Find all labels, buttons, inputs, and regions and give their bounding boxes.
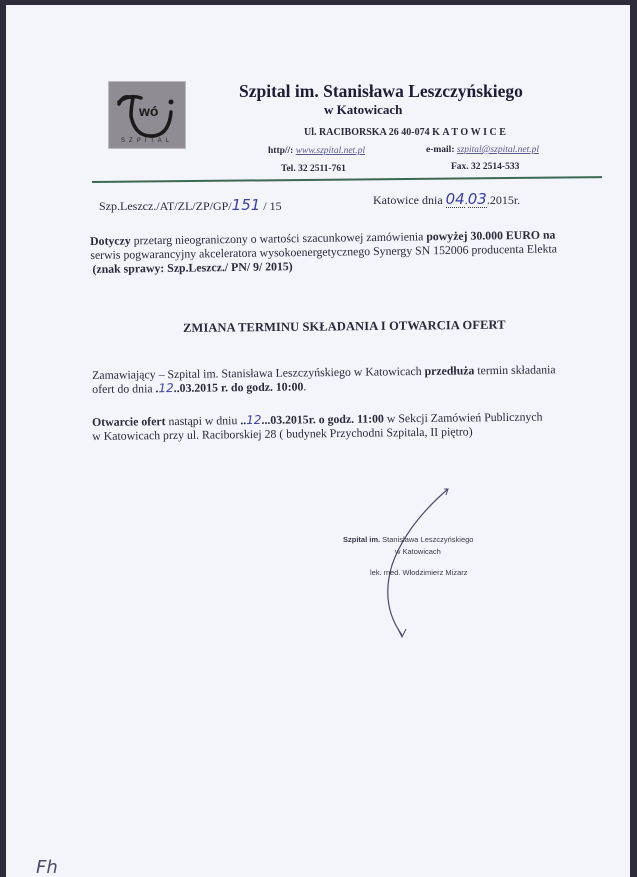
extension-handwritten-day: 12 bbox=[158, 381, 173, 395]
stamp-line2: w Katowicach bbox=[395, 547, 441, 556]
website-line: http//: www.szpital.net.pl bbox=[268, 146, 365, 156]
reference-number: Szp.Leszcz./AT/ZL/ZP/GP/151 / 15 bbox=[99, 196, 282, 214]
extension-keyword: przedłuża bbox=[424, 363, 474, 378]
document-page: wó SZPITAL Szpital im. Stanisława Leszcz… bbox=[6, 5, 630, 877]
http-label: http//: bbox=[268, 146, 293, 156]
extension-line2: ofert do dnia bbox=[92, 381, 155, 396]
stamp-line1: Szpital im. Stanisława Leszczyńskiego bbox=[343, 535, 473, 544]
reference-prefix: Szp.Leszcz./AT/ZL/ZP/GP/ bbox=[99, 199, 232, 213]
phone-number: Tel. 32 2511-761 bbox=[281, 164, 346, 174]
logo-caption: SZPITAL bbox=[109, 138, 185, 144]
hospital-logo: wó SZPITAL bbox=[108, 81, 186, 149]
date-year: 2015r. bbox=[490, 193, 520, 207]
extension-deadline: ..03.2015 r. do godz. 10:00 bbox=[174, 379, 304, 395]
opening-lead: Otwarcie ofert bbox=[92, 414, 166, 429]
reference-suffix: / 15 bbox=[263, 199, 281, 213]
email-label: e-mail: bbox=[426, 145, 455, 155]
date-month-handwritten: 03 bbox=[468, 190, 487, 208]
fax-number: Fax. 32 2514-533 bbox=[451, 162, 519, 172]
stamp-signatory: lek. med. Włodzimierz Mizarz bbox=[370, 568, 468, 577]
hospital-city: w Katowicach bbox=[324, 102, 402, 118]
subject-lead: Dotyczy bbox=[90, 233, 131, 248]
handwritten-initials: Fh bbox=[36, 857, 58, 877]
opening-paragraph: Otwarcie ofert nastąpi w dniu ..12...03.… bbox=[92, 409, 543, 443]
date-day-handwritten: 04 bbox=[446, 190, 465, 208]
date-prefix: Katowice dnia bbox=[373, 193, 443, 207]
stamp-hospital-name: Stanisława Leszczyńskiego bbox=[380, 535, 473, 544]
email-link[interactable]: szpital@szpital.net.pl bbox=[457, 145, 539, 155]
opening-handwritten-day: 12 bbox=[246, 413, 261, 427]
svg-text:wó: wó bbox=[138, 103, 158, 119]
document-title: ZMIANA TERMINU SKŁADANIA I OTWARCIA OFER… bbox=[183, 318, 506, 336]
address-city: KATOWICE bbox=[432, 127, 508, 138]
email-line: e-mail: szpital@szpital.net.pl bbox=[426, 145, 539, 155]
website-link[interactable]: www.szpital.net.pl bbox=[296, 146, 365, 156]
opening-time: ...03.2015r. o godz. 11:00 bbox=[261, 411, 384, 426]
extension-line1-end: termin składania bbox=[474, 362, 555, 377]
stamp-hospital: Szpital im. bbox=[343, 535, 380, 544]
hospital-name: Szpital im. Stanisława Leszczyńskiego bbox=[239, 81, 523, 102]
reference-handwritten-number: 151 bbox=[232, 196, 261, 214]
signature-icon bbox=[366, 485, 476, 645]
case-number: (znak sprawy: Szp.Leszcz./ PN/ 9/ 2015) bbox=[92, 259, 292, 276]
extension-line2-end: . bbox=[303, 379, 306, 393]
date-line: Katowice dnia 04.03.2015r. bbox=[373, 190, 520, 208]
letterhead-divider bbox=[92, 176, 602, 183]
hospital-address: Ul. RACIBORSKA 26 40-074 KATOWICE bbox=[304, 127, 508, 138]
address-street: Ul. RACIBORSKA 26 40-074 bbox=[304, 127, 430, 138]
opening-line1-end: w Sekcji Zamówień Publicznych bbox=[384, 409, 543, 425]
opening-line1: nastąpi w dniu bbox=[165, 413, 240, 428]
subject-paragraph: Dotyczy przetarg nieograniczony o wartoś… bbox=[90, 227, 557, 276]
extension-paragraph: Zamawiający – Szpital im. Stanisława Les… bbox=[92, 362, 556, 396]
